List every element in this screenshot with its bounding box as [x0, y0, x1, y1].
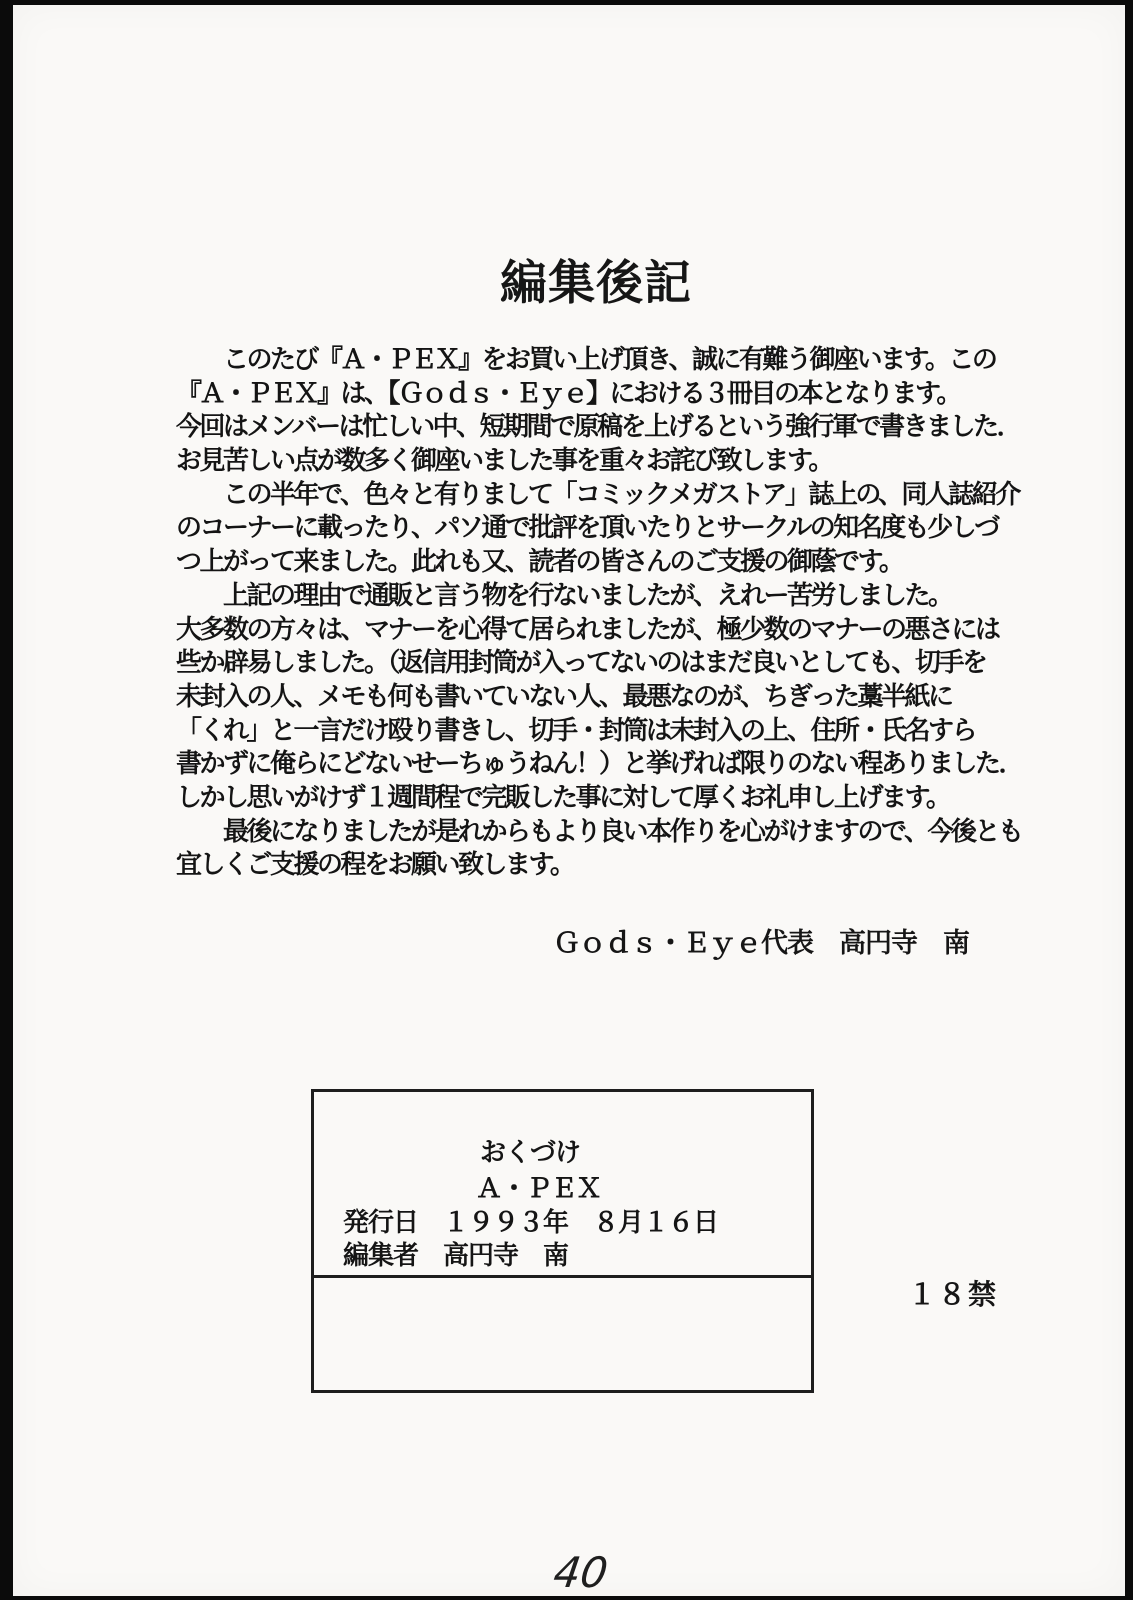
body-line: 些か辟易しました。（返信用封筒が入ってないのはまだ良いとしても、切手を [176, 646, 1001, 680]
body-line: 「くれ」と一言だけ殴り書きし、切手・封筒は未封入の上、住所・氏名すら [176, 714, 1001, 748]
body-line: つ上がって来ました。此れも又、読者の皆さんのご支援の御蔭です。 [176, 545, 1001, 579]
colophon-box: おくづけ Ａ・ＰＥＸ 発行日 １９９３年 ８月１６日 編集者 高円寺 南 [311, 1089, 814, 1393]
body-line: お見苦しい点が数多く御座いました事を重々お詫び致します。 [176, 444, 1001, 478]
body-line: 書かずに俺らにどないせーちゅうねん！）と挙げれば限りのない程ありました． [176, 747, 1001, 781]
colophon-heading: おくづけ [480, 1132, 580, 1169]
body-line: 最後になりましたが是れからもより良い本作りを心がけますので、今後とも [176, 815, 1001, 849]
scanned-page: 編集後記 このたび『Ａ・ＰＥＸ』をお買い上げ頂き、誠に有難う御座います。この『Ａ… [0, 0, 1133, 1600]
colophon-divider [311, 1275, 814, 1278]
body-line: 大多数の方々は、マナーを心得て居られましたが、極少数のマナーの悪さには [176, 613, 1001, 647]
page-number: 40 [551, 1548, 611, 1597]
age-rating-badge: １８禁 [908, 1273, 998, 1313]
body-line: この半年で、色々と有りまして「コミックメガストア」誌上の、同人誌紹介 [176, 478, 1001, 512]
signature-line: Ｇｏｄｓ・Ｅｙｅ代表 高円寺 南 [553, 921, 969, 960]
body-line: しかし思いがけず１週間程で完販した事に対して厚くお礼申し上げます。 [176, 781, 1001, 815]
body-line: このたび『Ａ・ＰＥＸ』をお買い上げ頂き、誠に有難う御座います。この [176, 343, 1001, 377]
colophon-book-title: Ａ・ＰＥＸ [476, 1168, 601, 1205]
body-line: 未封入の人、メモも何も書いていない人、最悪なのが、ちぎった藁半紙に [176, 680, 1001, 714]
paper-area: 編集後記 このたび『Ａ・ＰＥＸ』をお買い上げ頂き、誠に有難う御座います。この『Ａ… [13, 5, 1125, 1596]
body-line: のコーナーに載ったり、パソ通で批評を頂いたりとサークルの知名度も少しづ [176, 511, 1001, 545]
body-line: 宜しくご支援の程をお願い致します。 [176, 848, 1001, 882]
body-line: 『Ａ・ＰＥＸ』は、【Ｇｏｄｓ・Ｅｙｅ】における３冊目の本となります。 [176, 377, 1001, 411]
colophon-editor: 編集者 高円寺 南 [343, 1235, 568, 1272]
colophon-publish-date: 発行日 １９９３年 ８月１６日 [343, 1202, 718, 1239]
page-title: 編集後記 [500, 246, 692, 313]
afterword-body: このたび『Ａ・ＰＥＸ』をお買い上げ頂き、誠に有難う御座います。この『Ａ・ＰＥＸ』… [176, 343, 1001, 882]
body-line: 今回はメンバーは忙しい中、短期間で原稿を上げるという強行軍で書きました． [176, 410, 1001, 444]
body-line: 上記の理由で通販と言う物を行ないましたが、えれー苦労しました。 [176, 579, 1001, 613]
